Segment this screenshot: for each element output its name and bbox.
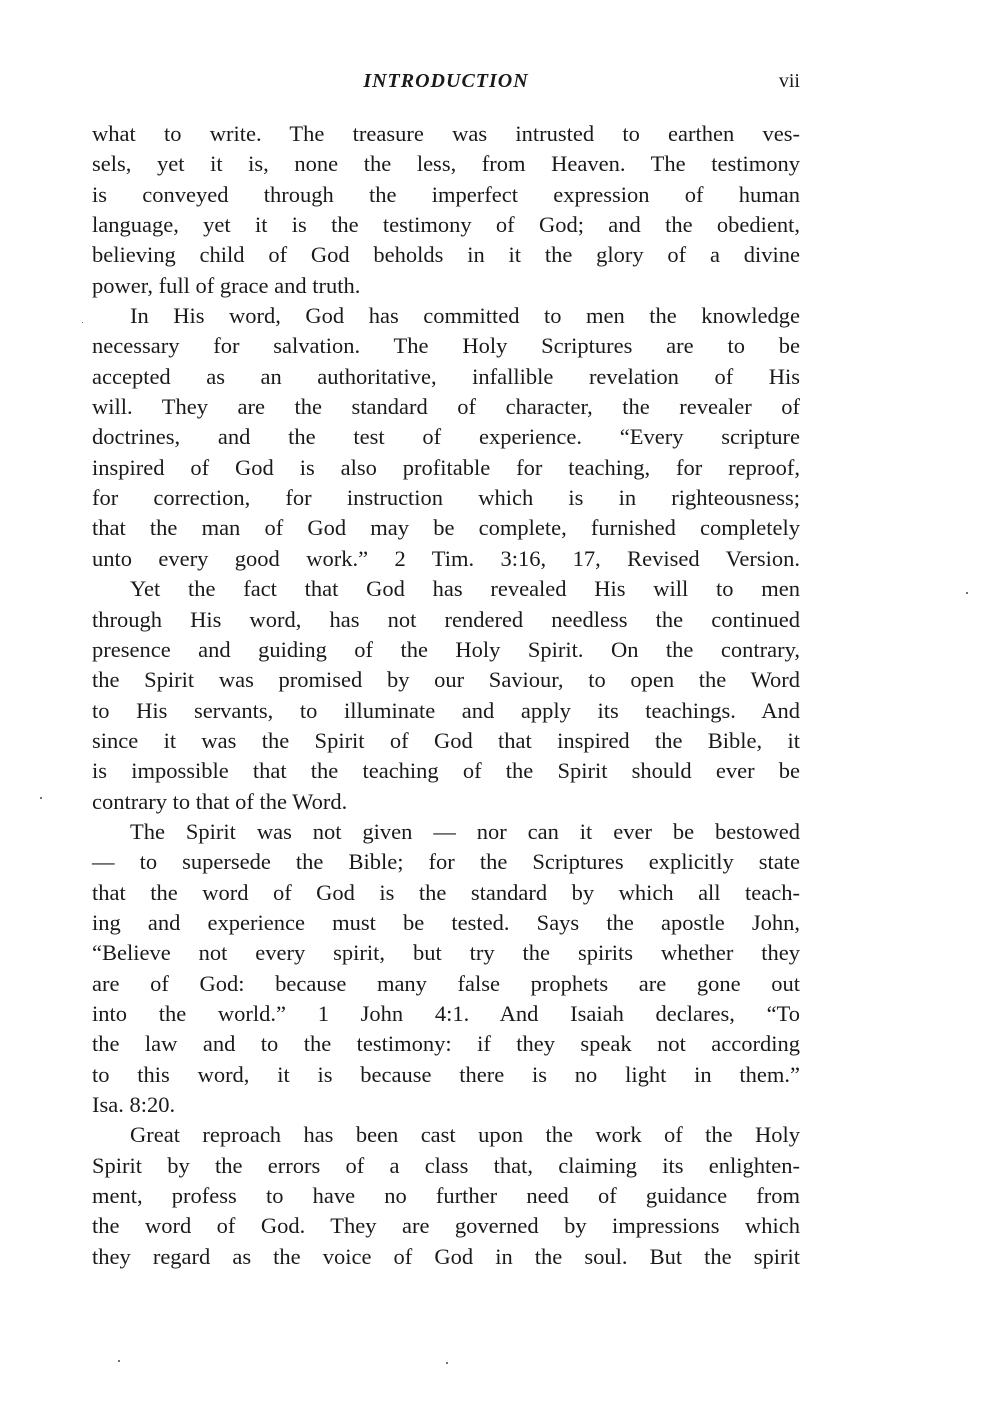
text-line: the law and to the testimony: if they sp… bbox=[92, 1029, 800, 1059]
page-number: vii bbox=[779, 70, 800, 93]
text-line: will. They are the standard of character… bbox=[92, 392, 800, 422]
text-line: that the word of God is the standard by … bbox=[92, 878, 800, 908]
running-head: INTRODUCTION vii bbox=[92, 68, 800, 96]
text-line: accepted as an authoritative, infallible… bbox=[92, 362, 800, 392]
paragraph: Great reproach has been cast upon the wo… bbox=[92, 1120, 800, 1272]
text-line: the Spirit was promised by our Saviour, … bbox=[92, 665, 800, 695]
text-line: ment, profess to have no further need of… bbox=[92, 1181, 800, 1211]
text-line: inspired of God is also profitable for t… bbox=[92, 453, 800, 483]
running-title: INTRODUCTION bbox=[92, 70, 800, 93]
text-line: through His word, has not rendered needl… bbox=[92, 605, 800, 635]
text-line: unto every good work.” 2 Tim. 3:16, 17, … bbox=[92, 544, 800, 574]
scan-speck bbox=[82, 322, 83, 323]
text-line: is impossible that the teaching of the S… bbox=[92, 756, 800, 786]
text-line: language, yet it is the testimony of God… bbox=[92, 210, 800, 240]
paragraph: In His word, God has committed to men th… bbox=[92, 301, 800, 574]
paragraph: Yet the fact that God has revealed His w… bbox=[92, 574, 800, 817]
text-line: Isa. 8:20. bbox=[92, 1090, 800, 1120]
text-line: they regard as the voice of God in the s… bbox=[92, 1242, 800, 1272]
text-line: necessary for salvation. The Holy Script… bbox=[92, 331, 800, 361]
text-line: ing and experience must be tested. Says … bbox=[92, 908, 800, 938]
text-line: power, full of grace and truth. bbox=[92, 271, 800, 301]
text-line: believing child of God beholds in it the… bbox=[92, 240, 800, 270]
text-line: Spirit by the errors of a class that, cl… bbox=[92, 1151, 800, 1181]
text-line: that the man of God may be complete, fur… bbox=[92, 513, 800, 543]
text-line: to this word, it is because there is no … bbox=[92, 1060, 800, 1090]
scan-speck bbox=[446, 1362, 448, 1364]
text-line: since it was the Spirit of God that insp… bbox=[92, 726, 800, 756]
text-line: In His word, God has committed to men th… bbox=[92, 301, 800, 331]
text-line: for correction, for instruction which is… bbox=[92, 483, 800, 513]
scan-speck bbox=[966, 592, 968, 594]
text-line: contrary to that of the Word. bbox=[92, 787, 800, 817]
text-line: Great reproach has been cast upon the wo… bbox=[92, 1120, 800, 1150]
text-line: The Spirit was not given — nor can it ev… bbox=[92, 817, 800, 847]
scan-speck bbox=[118, 1360, 120, 1362]
text-line: presence and guiding of the Holy Spirit.… bbox=[92, 635, 800, 665]
text-line: what to write. The treasure was intruste… bbox=[92, 119, 800, 149]
text-line: sels, yet it is, none the less, from Hea… bbox=[92, 149, 800, 179]
body-text: what to write. The treasure was intruste… bbox=[92, 119, 800, 1272]
text-line: into the world.” 1 John 4:1. And Isaiah … bbox=[92, 999, 800, 1029]
scan-speck bbox=[40, 797, 42, 799]
text-line: to His servants, to illuminate and apply… bbox=[92, 696, 800, 726]
text-line: Yet the fact that God has revealed His w… bbox=[92, 574, 800, 604]
paragraph: what to write. The treasure was intruste… bbox=[92, 119, 800, 301]
text-line: — to supersede the Bible; for the Script… bbox=[92, 847, 800, 877]
text-line: is conveyed through the imperfect expres… bbox=[92, 180, 800, 210]
text-line: “Believe not every spirit, but try the s… bbox=[92, 938, 800, 968]
book-page: INTRODUCTION vii what to write. The trea… bbox=[0, 0, 1000, 1413]
text-line: the word of God. They are governed by im… bbox=[92, 1211, 800, 1241]
text-line: doctrines, and the test of experience. “… bbox=[92, 422, 800, 452]
paragraph: The Spirit was not given — nor can it ev… bbox=[92, 817, 800, 1120]
text-line: are of God: because many false prophets … bbox=[92, 969, 800, 999]
